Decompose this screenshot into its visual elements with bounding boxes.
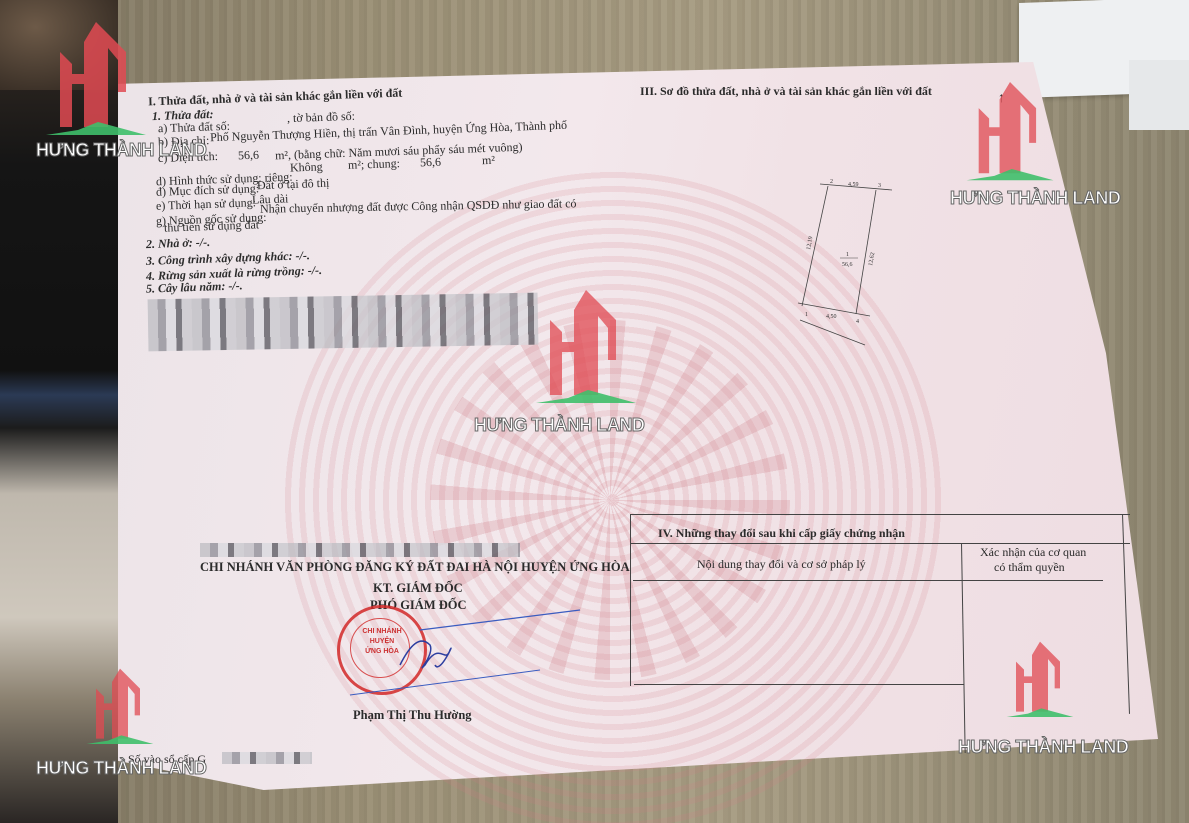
map-sheet-label: , tờ bản đồ số: (287, 109, 355, 126)
svg-text:1: 1 (805, 312, 808, 318)
svg-text:2: 2 (830, 179, 833, 185)
purpose-value: Đất ở tại đô thị (257, 176, 330, 194)
svg-text:4: 4 (856, 319, 859, 325)
redacted-registry-number (222, 752, 312, 764)
director-authority: KT. GIÁM ĐỐC (373, 581, 463, 596)
column-change-content: Nội dung thay đổi và cơ sở pháp lý (697, 557, 866, 572)
svg-text:12,62: 12,62 (868, 252, 876, 266)
svg-text:56,6: 56,6 (842, 262, 853, 268)
svg-text:4,50: 4,50 (826, 314, 837, 320)
shared-area-value: 56,6 (420, 155, 442, 171)
private-area-value: Không (290, 159, 323, 175)
signature-scribble (340, 605, 590, 715)
svg-text:4,59: 4,59 (848, 182, 859, 188)
redacted-issue-date (200, 543, 520, 557)
section4-heading: IV. Những thay đổi sau khi cấp giấy chứn… (658, 526, 905, 541)
issuing-office: CHI NHÁNH VĂN PHÒNG ĐĂNG KÝ ĐẤT ĐAI HÀ N… (200, 560, 630, 575)
column-authority-confirm-2: có thẩm quyền (994, 560, 1065, 575)
shared-area-label: m²; chung: (348, 156, 400, 173)
column-authority-confirm-1: Xác nhận của cơ quan (980, 545, 1086, 560)
shared-area-unit: m² (482, 153, 495, 168)
house-item: 2. Nhà ở: -/-. (146, 235, 211, 252)
signer-name: Phạm Thị Thu Hường (353, 708, 472, 723)
svg-text:1: 1 (846, 252, 849, 258)
svg-text:12,19: 12,19 (806, 236, 814, 250)
area-value: 56,6 (238, 148, 260, 164)
parcel-diagram: 2 3 1 4 4,59 4,50 12,19 12,62 1 56,6 (790, 170, 910, 360)
svg-text:3: 3 (878, 183, 881, 189)
section3-heading: III. Sơ đồ thửa đất, nhà ở và tài sản kh… (640, 84, 932, 99)
redacted-owner-info (148, 293, 539, 352)
